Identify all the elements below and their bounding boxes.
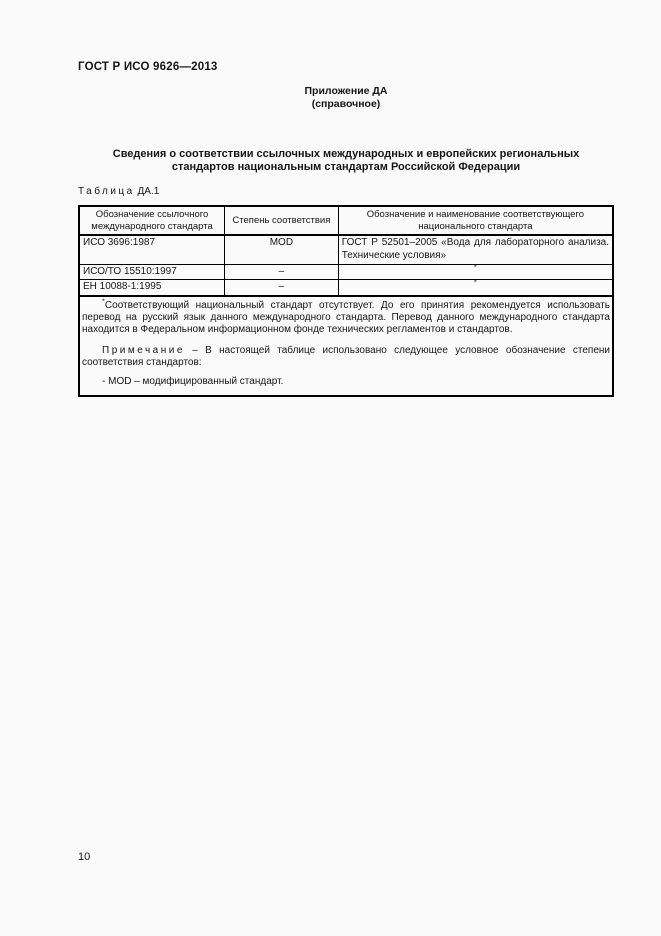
cell-national-standard: ГОСТ Р 52501–2005 «Вода для лабораторног…	[338, 235, 613, 264]
page-number: 10	[78, 851, 90, 863]
footnote-marker: *	[474, 262, 477, 271]
note-item: - MOD – модифицированный стандарт.	[82, 376, 610, 388]
section-title: Сведения о соответствии ссылочных междун…	[78, 148, 614, 174]
cell-reference-standard: ИСО/ТО 15510:1997	[79, 264, 225, 280]
table-footnote-row: *Соответствующий национальный стандарт о…	[79, 296, 613, 396]
table-row: ЕН 10088-1:1995 – *	[79, 280, 613, 296]
table-row: ИСО/ТО 15510:1997 – *	[79, 264, 613, 280]
cell-degree: –	[225, 264, 339, 280]
section-title-line2: стандартов национальным стандартам Росси…	[78, 161, 614, 174]
table-caption: Таблица ДА.1	[78, 186, 159, 197]
footnote-text: Соответствующий национальный стандарт от…	[82, 300, 610, 335]
document-header: ГОСТ Р ИСО 9626—2013	[78, 61, 218, 73]
document-page: ГОСТ Р ИСО 9626—2013 Приложение ДА (спра…	[0, 0, 661, 936]
column-header-reference-standard: Обозначение ссылочного международного ст…	[79, 206, 225, 235]
table-footnote-area: *Соответствующий национальный стандарт о…	[79, 296, 613, 396]
footnote-marker: *	[474, 278, 477, 287]
table-note: Примечание – В настоящей таблице использ…	[82, 345, 610, 369]
correspondence-table: Обозначение ссылочного международного ст…	[78, 205, 614, 397]
appendix-title: Приложение ДА	[78, 85, 614, 98]
table-header-row: Обозначение ссылочного международного ст…	[79, 206, 613, 235]
table-caption-number: ДА.1	[138, 186, 160, 197]
table-row: ИСО 3696:1987 MOD ГОСТ Р 52501–2005 «Вод…	[79, 235, 613, 264]
cell-reference-standard: ИСО 3696:1987	[79, 235, 225, 264]
table-footnote: *Соответствующий национальный стандарт о…	[82, 300, 610, 336]
column-header-national-standard: Обозначение и наименование соответствующ…	[338, 206, 613, 235]
column-header-degree: Степень соответствия	[225, 206, 339, 235]
table-caption-word: Таблица	[78, 186, 135, 197]
appendix-subtitle: (справочное)	[78, 98, 614, 111]
cell-national-standard: *	[338, 280, 613, 296]
cell-degree: MOD	[225, 235, 339, 264]
section-title-line1: Сведения о соответствии ссылочных междун…	[78, 148, 614, 161]
cell-reference-standard: ЕН 10088-1:1995	[79, 280, 225, 296]
note-label: Примечание	[102, 345, 185, 356]
appendix-heading: Приложение ДА (справочное)	[78, 85, 614, 111]
cell-degree: –	[225, 280, 339, 296]
